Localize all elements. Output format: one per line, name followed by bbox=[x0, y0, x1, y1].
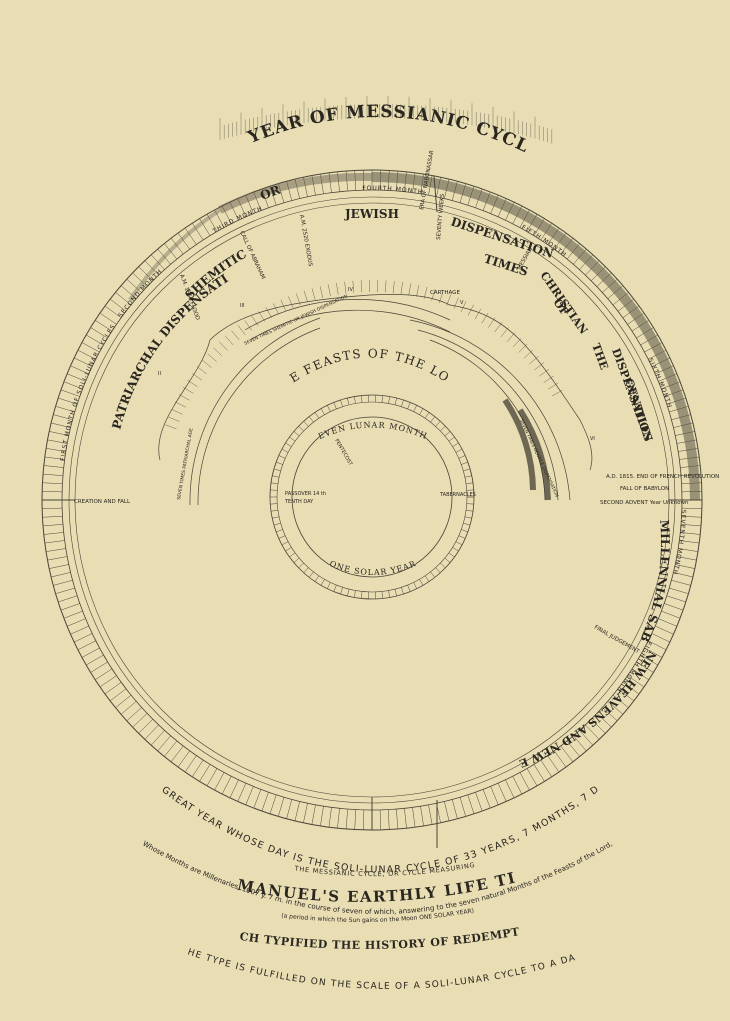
svg-text:SHEMITIC: SHEMITIC bbox=[182, 247, 249, 302]
svg-text:III: III bbox=[240, 303, 244, 309]
svg-text:SECOND ADVENT Year Unknown: SECOND ADVENT Year Unknown bbox=[600, 500, 689, 506]
svg-text:VI: VI bbox=[590, 436, 595, 442]
event-labels: CREATION AND FALL A.M. 1656 FLOOD CALL O… bbox=[74, 150, 719, 656]
svg-text:SEVEN TIMES GENTILE DISPENSATI: SEVEN TIMES GENTILE DISPENSATION bbox=[518, 418, 559, 498]
inner-circle-labels: PASSOVER 14 th TENTH DAY TABERNACLES PEN… bbox=[284, 438, 476, 505]
svg-text:TENTH DAY: TENTH DAY bbox=[284, 499, 314, 505]
svg-text:FINAL JUDGEMENT: FINAL JUDGEMENT bbox=[593, 625, 641, 656]
svg-text:PENTECOST: PENTECOST bbox=[333, 438, 354, 468]
svg-text:PASSOVER 14 th: PASSOVER 14 th bbox=[285, 491, 326, 497]
svg-text:CREATION AND FALL: CREATION AND FALL bbox=[74, 499, 131, 505]
svg-text:GENTILES: GENTILES bbox=[622, 377, 655, 443]
svg-text:A.M. 2520 EXODUS: A.M. 2520 EXODUS bbox=[298, 214, 313, 267]
messianic-cycles-diagram: THE YEAR OF MESSIANIC CYCLES. FIRST MONT… bbox=[0, 0, 730, 1021]
svg-text:FALL OF BABYLON: FALL OF BABYLON bbox=[620, 486, 669, 492]
svg-text:SEVENTY WEEKS: SEVENTY WEEKS bbox=[436, 193, 446, 240]
svg-text:THE: THE bbox=[589, 342, 610, 372]
svg-text:IV: IV bbox=[348, 287, 353, 293]
svg-text:PATRIARCHAL DISPENSATION: PATRIARCHAL DISPENSATION bbox=[0, 0, 231, 431]
svg-text:SEVEN TIMES PATRIARCHAL AGE: SEVEN TIMES PATRIARCHAL AGE bbox=[176, 428, 195, 501]
svg-text:A.D. 1815. END OF FRENCH REVOL: A.D. 1815. END OF FRENCH REVOLUTION bbox=[606, 474, 719, 480]
svg-text:II: II bbox=[158, 371, 161, 377]
one-solar-year-label: ONE SOLAR YEAR bbox=[328, 559, 417, 577]
roman-numerals: II III IV V VI bbox=[158, 287, 595, 442]
svg-text:FOURTH MONTH: FOURTH MONTH bbox=[362, 185, 424, 196]
svg-text:V: V bbox=[460, 300, 464, 306]
svg-text:SECOND MONTH: SECOND MONTH bbox=[117, 268, 164, 319]
svg-text:JEWISH: JEWISH bbox=[344, 207, 399, 221]
svg-text:SEVENTH MONTH: SEVENTH MONTH bbox=[671, 510, 687, 576]
diagram-title: THE YEAR OF MESSIANIC CYCLES. bbox=[0, 0, 532, 157]
svg-text:TABERNACLES: TABERNACLES bbox=[439, 492, 476, 498]
